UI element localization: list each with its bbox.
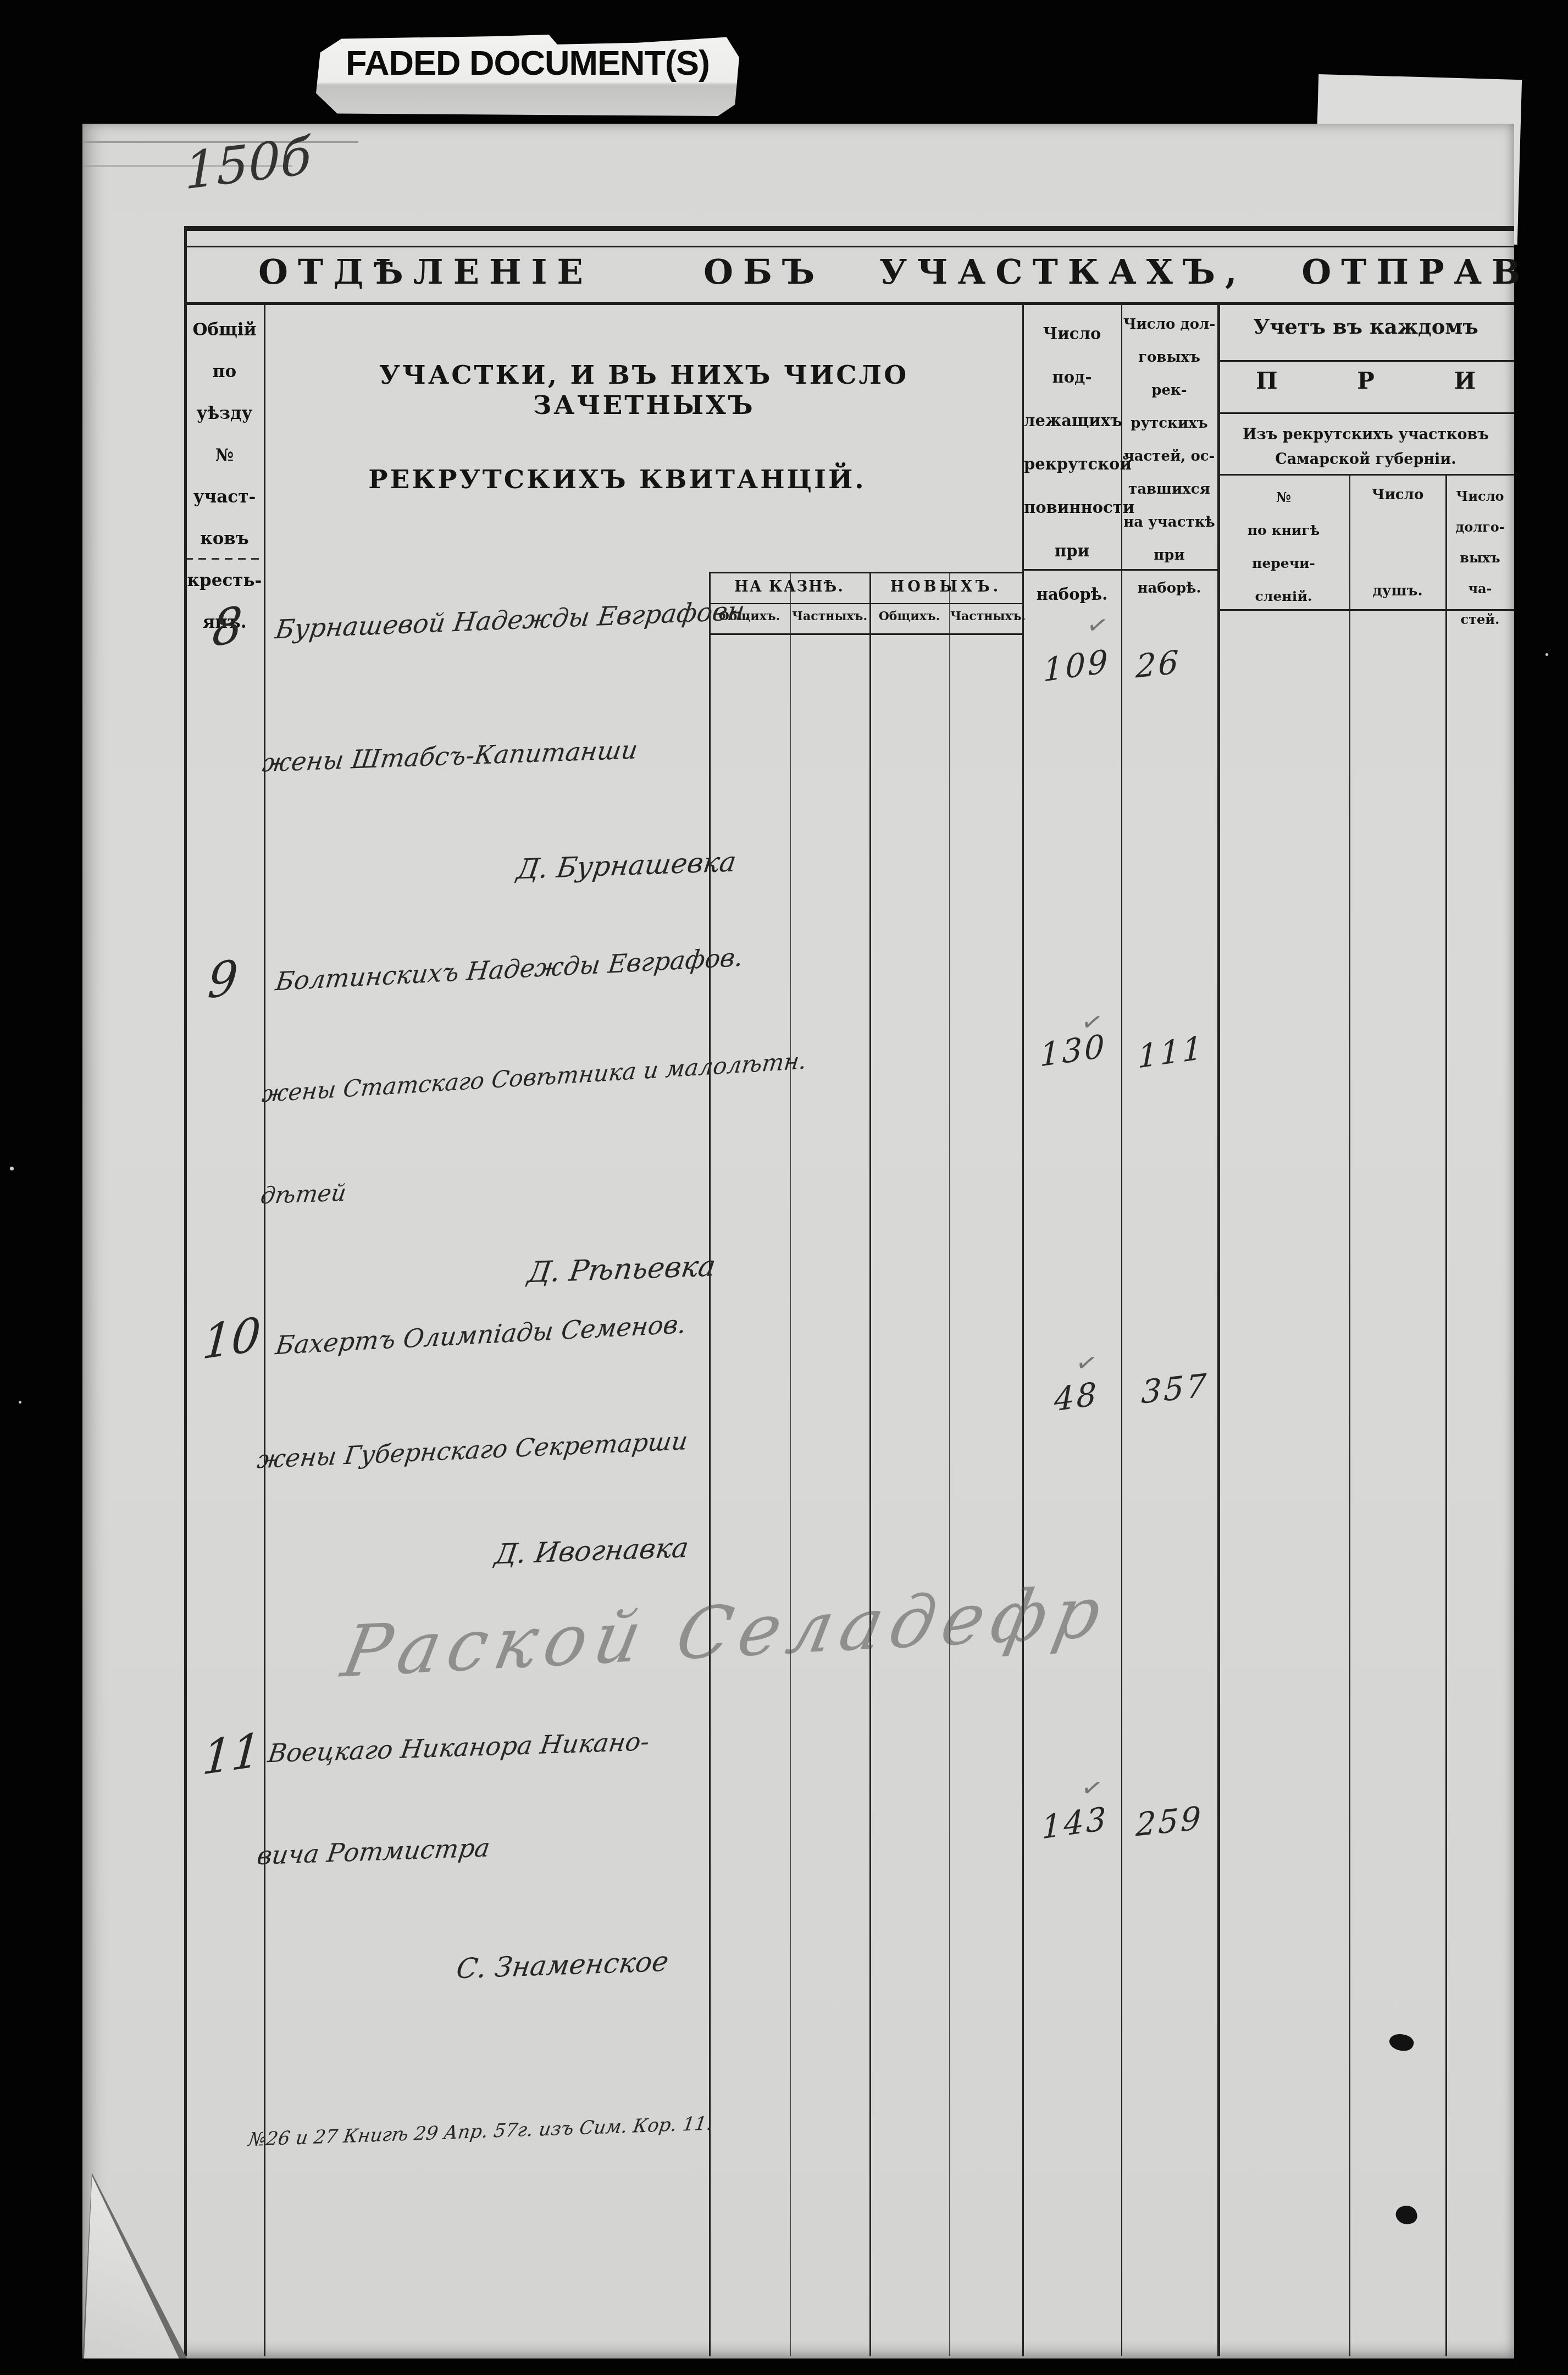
header-na-kazne: НА КАЗНѢ.: [710, 578, 868, 595]
film-speck: [10, 1167, 14, 1170]
header-text-line: кресть-: [185, 560, 264, 601]
header-text-line: выхъ ча-: [1447, 543, 1513, 604]
header-text-line: Число дол-: [1122, 308, 1216, 341]
header-text-line: № участ-: [185, 434, 264, 518]
header-text-line: Число: [1447, 481, 1513, 512]
header-uchet-title: Учетъ въ каждомъ: [1220, 314, 1511, 339]
header-iz-rekrutskih: Изъ рекрутскихъ участковъСамарской губер…: [1220, 422, 1511, 472]
kazne-band-top: [709, 572, 1023, 573]
header-text-line: сленій.: [1219, 580, 1348, 613]
row-number: 9: [206, 949, 240, 1010]
col-divider-novyh-left: [869, 572, 871, 2356]
entry-line: Д. Рѣпьевка: [526, 1250, 718, 1289]
header-text-line: Число под-: [1024, 312, 1120, 399]
header-text-line: повинности: [1024, 486, 1120, 529]
entry-line: дѣтей: [259, 1179, 348, 1209]
header-text-line: рутскихъ: [1122, 407, 1216, 440]
table-top-border: [184, 226, 1514, 231]
kazne-band-bottom: [709, 633, 1023, 635]
header-text-line: тавшихся: [1122, 473, 1216, 506]
header-kniga: №по книгѣперечи-сленій.: [1219, 481, 1348, 613]
header-text-line: по книгѣ: [1219, 514, 1348, 547]
table-title-right: ОБЪ УЧАСТКАХЪ, ОТПРАВ: [703, 252, 1530, 292]
header-chastnyh-1: Частныхъ.: [791, 609, 868, 623]
header-text-line: на участкѣ: [1122, 506, 1216, 539]
uchet-divider: [1217, 360, 1514, 362]
header-text-line: наборѣ.: [1024, 573, 1120, 616]
header-text-line: Число: [1351, 487, 1444, 503]
header-dush: Числодушъ.: [1351, 487, 1444, 599]
col-divider-kazne-mid: [790, 572, 791, 2356]
banner-label: FADED DOCUMENT(S): [346, 43, 710, 83]
header-pri: П Р И: [1220, 367, 1511, 394]
table-top-border-inner: [184, 246, 1514, 247]
dolg-value: 357: [1141, 1366, 1209, 1411]
title-bottom-border: [184, 302, 1514, 305]
row-number: 11: [201, 1722, 263, 1786]
header-text-line: ковъ: [185, 518, 264, 560]
table-title-left: ОТДѢЛЕНІЕ: [258, 252, 593, 292]
header-text-line: лежащихъ: [1024, 399, 1120, 443]
header-text-line: по уѣзду: [185, 351, 264, 434]
row-number: 10: [201, 1307, 263, 1370]
header-podlezhashchih: Число под-лежащихърекрутскойповинностипр…: [1024, 312, 1120, 616]
iz-divider: [1217, 474, 1514, 476]
pri-divider: [1217, 412, 1514, 414]
kazne-band-mid: [709, 603, 1023, 604]
podlezh-value: 48: [1054, 1375, 1099, 1419]
header-dolg-chastej: Числодолго-выхъ ча-стей.: [1447, 481, 1513, 635]
header-chastnyh-2: Частныхъ.: [950, 609, 1021, 623]
header-text-line: говыхъ рек-: [1122, 341, 1216, 407]
header-uchastki-line2: РЕКРУТСКИХЪ КВИТАНЦІЙ.: [265, 465, 969, 495]
col-divider-novyh-mid: [949, 572, 950, 2356]
microfilm-scan: FADED DOCUMENT(S) 150б ОТДѢЛЕНІЕ ОБЪ УЧА…: [0, 0, 1568, 2375]
header-text-line: стей.: [1447, 604, 1513, 635]
header-obshchih-2: Общихъ.: [871, 609, 948, 623]
col-divider-dolg: [1121, 303, 1122, 2356]
header-text-line: рекрутской: [1024, 443, 1120, 486]
header-text-line: при: [1122, 539, 1216, 572]
faded-document-banner: FADED DOCUMENT(S): [316, 35, 739, 116]
header-text-line: при: [1024, 529, 1120, 573]
header-text-line: долго-: [1447, 512, 1513, 543]
dolg-value: 259: [1135, 1799, 1204, 1843]
header-text-line: №: [1219, 481, 1348, 514]
header-uchastki-line1: УЧАСТКИ, И ВЪ НИХЪ ЧИСЛО ЗАЧЕТНЫХЪ: [265, 360, 1022, 421]
header-text-line: частей, ос-: [1122, 440, 1216, 473]
header-uezd-no: Общійпо уѣзду№ участ-ковъкресть-янъ.: [185, 309, 264, 643]
col-divider-dush: [1349, 474, 1350, 2356]
header-text-line: Изъ рекрутскихъ участковъ: [1220, 422, 1511, 447]
header-dolgovyh: Число дол-говыхъ рек-рутскихъчастей, ос-…: [1122, 308, 1216, 605]
col-divider-dolgch: [1445, 474, 1447, 2356]
col-divider-kazne-left: [709, 572, 711, 2356]
film-speck: [1545, 653, 1548, 656]
header-novyh: НОВЫХЪ.: [871, 578, 1021, 595]
header-text-line: Самарской губерніи.: [1220, 447, 1511, 472]
film-speck: [19, 1401, 21, 1404]
col-divider-no: [264, 303, 265, 2356]
header-text-line: душъ.: [1351, 583, 1444, 599]
dolg-value: 26: [1135, 643, 1182, 685]
row-number: 8: [211, 595, 243, 658]
header-text-line: Общій: [185, 309, 264, 351]
header-text-line: перечи-: [1219, 547, 1348, 580]
header-text-line: наборѣ.: [1122, 572, 1216, 605]
